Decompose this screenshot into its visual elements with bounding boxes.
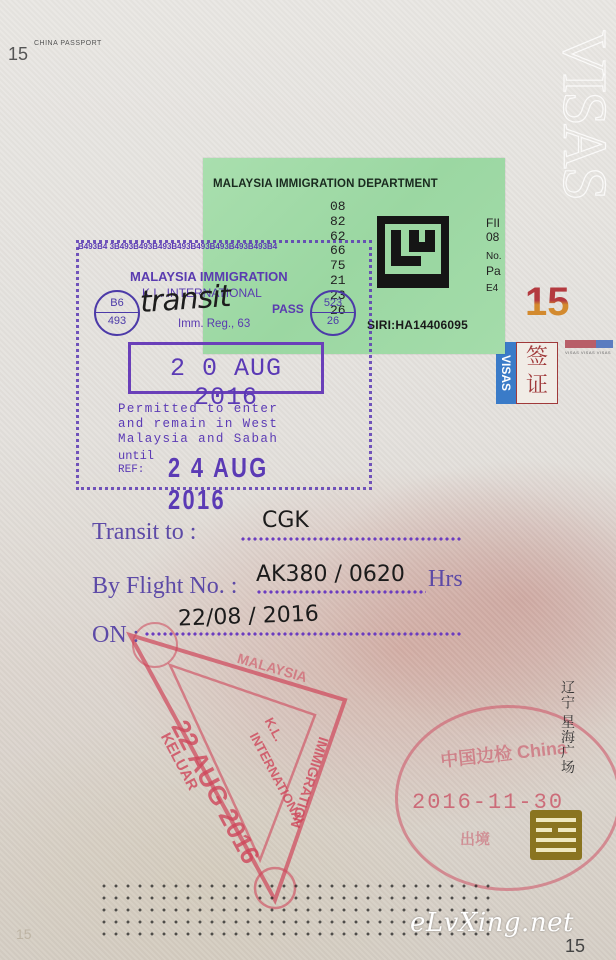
visas-emblem-cn: 签证 <box>516 342 558 404</box>
on-label: ON : <box>92 622 139 649</box>
entry-date-box: 2 0 AUG 2016 <box>128 342 324 394</box>
hrs-label: Hrs <box>428 566 463 593</box>
malaysia-entry-stamp: B493B4 3B493B493B493B493B493B493B493B493… <box>76 240 372 490</box>
flight-no-label: By Flight No. : <box>92 573 237 600</box>
transit-to-label: Transit to : <box>92 519 196 546</box>
security-microtext: VISAS VISAS VISAS <box>565 350 611 355</box>
circle-bottom-text: 493 <box>96 315 138 327</box>
on-date-value: 22/08 / 2016 <box>178 602 320 632</box>
sticker-right-text: Pa <box>486 264 502 278</box>
handwritten-transit-note: transit <box>139 279 231 320</box>
page-number-top: 15 <box>8 44 28 65</box>
until-date: 2 4 AUG 2016 <box>168 452 327 516</box>
entry-stamp-registration: Imm. Reg., 63 <box>178 318 250 330</box>
sticker-right-text: E4 <box>486 282 502 296</box>
passport-label: CHINA PASSPORT <box>34 40 102 47</box>
sticker-title: MALAYSIA IMMIGRATION DEPARTMENT <box>213 178 438 190</box>
visas-emblem: VISAS 签证 <box>496 342 556 404</box>
until-label: until <box>118 449 154 463</box>
transit-to-dotted-line <box>240 537 462 541</box>
china-stamp-sub: 出境 <box>460 828 490 849</box>
security-color-bar <box>565 340 613 348</box>
passport-page: 15 CHINA PASSPORT VISAS 15 VISAS 签证 VISA… <box>0 0 616 960</box>
visa-page-number: 15 <box>525 280 570 325</box>
sticker-number: 08 <box>330 200 346 215</box>
qr-code-icon <box>377 216 449 288</box>
sticker-number: 82 <box>330 215 346 230</box>
page-number-bottom-left: 15 <box>16 926 32 942</box>
location-caption: 辽宁 星海广场 <box>560 680 576 775</box>
on-dotted-line <box>144 632 462 636</box>
entry-stamp-pass: PASS <box>272 302 304 316</box>
flight-no-dotted-line <box>256 590 426 594</box>
transit-to-value: CGK <box>262 508 309 533</box>
entry-stamp-left-circle: B6 493 <box>94 290 140 336</box>
page-number-bottom-right: 15 <box>565 936 585 957</box>
stamp-border-code: B493B4 3B493B493B493B493B493B493B493B493… <box>78 242 277 251</box>
circle-top-text: B6 <box>96 297 138 309</box>
hexagram-icon <box>530 810 582 860</box>
visas-watermark: VISAS <box>548 30 616 199</box>
flight-no-value: AK380 / 0620 <box>256 562 405 587</box>
circle-bottom-text: 26 <box>312 315 354 327</box>
sticker-right-text: 08 <box>486 230 502 244</box>
sticker-right-text: FII <box>486 216 502 230</box>
ref-label: REF: <box>118 464 144 476</box>
circle-top-text: 523 <box>312 297 354 309</box>
entry-stamp-right-circle: 523 26 <box>310 290 356 336</box>
site-watermark: eLvXing.net <box>410 908 574 938</box>
sticker-right-text: No. <box>486 250 502 264</box>
sticker-right-partial: FII 08 No. Pa E4 <box>486 216 502 296</box>
permit-text: Permitted to enter and remain in West Ma… <box>118 402 338 447</box>
sticker-serial: SIRI:HA14406095 <box>367 318 468 332</box>
malaysia-exit-stamp: 22 AUG 2016 KELUAR INTERNATIONAL K.L. IM… <box>100 620 380 910</box>
